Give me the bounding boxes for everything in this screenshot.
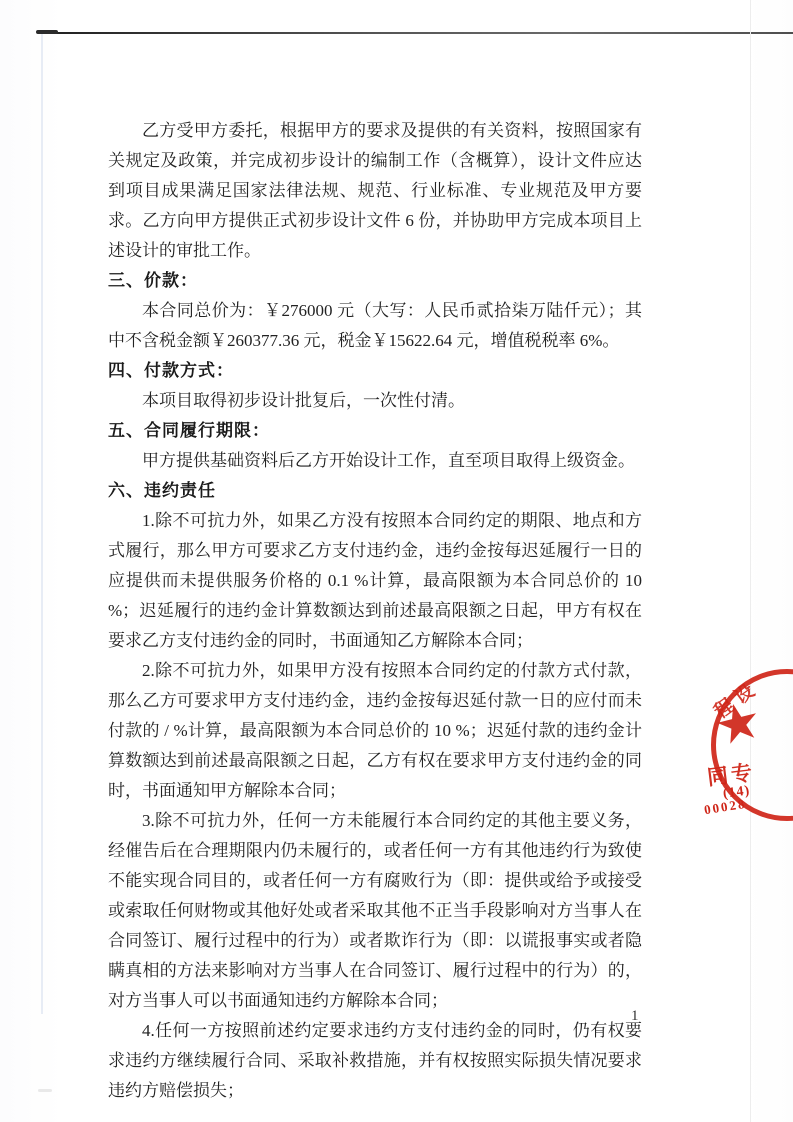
- breach-clause-3: 3.除不可抗力外，任何一方未能履行本合同约定的其他主要义务，经催告后在合理期限内…: [108, 806, 642, 1016]
- intro-paragraph: 乙方受甲方委托，根据甲方的要求及提供的有关资料，按照国家有关规定及政策，并完成初…: [108, 116, 642, 266]
- section-price: 三、价款： 本合同总价为：￥276000 元（大写：人民币贰拾柒万陆仟元）；其中…: [108, 266, 642, 356]
- section-payment-paragraph: 本项目取得初步设计批复后，一次性付清。: [108, 386, 642, 416]
- breach-clause-2: 2.除不可抗力外，如果甲方没有按照本合同约定的付款方式付款，那么乙方可要求甲方支…: [108, 656, 642, 806]
- section-period-paragraph: 甲方提供基础资料后乙方开始设计工作，直至项目取得上级资金。: [108, 446, 642, 476]
- page-number: 1: [631, 1008, 639, 1025]
- breach-clause-1: 1.除不可抗力外，如果乙方没有按照本合同约定的期限、地点和方式履行，那么甲方可要…: [108, 506, 642, 656]
- section-price-paragraph: 本合同总价为：￥276000 元（大写：人民币贰拾柒万陆仟元）；其中不含税金额￥…: [108, 296, 642, 356]
- contract-body: 乙方受甲方委托，根据甲方的要求及提供的有关资料，按照国家有关规定及政策，并完成初…: [108, 116, 642, 1106]
- scanned-contract-page: 乙方受甲方委托，根据甲方的要求及提供的有关资料，按照国家有关规定及政策，并完成初…: [0, 0, 793, 1122]
- section-price-heading: 三、价款：: [108, 266, 642, 296]
- scan-edge-left-line: [41, 34, 43, 1014]
- section-breach-heading: 六、违约责任: [108, 476, 642, 506]
- company-seal-stamp: 程设 ★ 同专 (14) 00028: [703, 663, 793, 833]
- scan-edge-top-blip: [36, 30, 58, 34]
- section-payment-method: 四、付款方式： 本项目取得初步设计批复后，一次性付清。: [108, 356, 642, 416]
- section-breach-liability: 六、违约责任 1.除不可抗力外，如果乙方没有按照本合同约定的期限、地点和方式履行…: [108, 476, 642, 1106]
- section-payment-heading: 四、付款方式：: [108, 356, 642, 386]
- seal-serial-number: 00028: [703, 796, 747, 818]
- scan-edge-right-line: [750, 0, 751, 1122]
- section-period-heading: 五、合同履行期限：: [108, 416, 642, 446]
- section-performance-period: 五、合同履行期限： 甲方提供基础资料后乙方开始设计工作，直至项目取得上级资金。: [108, 416, 642, 476]
- breach-clause-4: 4.任何一方按照前述约定要求违约方支付违约金的同时，仍有权要求违约方继续履行合同…: [108, 1016, 642, 1106]
- scan-edge-top-line: [38, 32, 793, 34]
- scan-bottom-smudge: [38, 1089, 52, 1092]
